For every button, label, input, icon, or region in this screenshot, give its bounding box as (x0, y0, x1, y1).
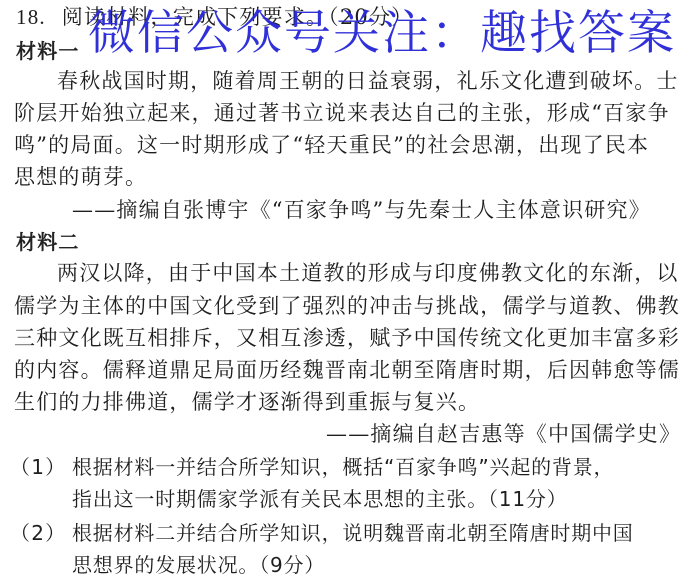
sub-question-line: 根据材料二并结合所学知识，说明魏晋南北朝至隋唐时期中国 (72, 520, 634, 546)
material-1-line: 思想的萌芽。 (14, 164, 147, 190)
sub-question-line: 根据材料一并结合所学知识，概括“百家争鸣”兴起的背景， (72, 454, 614, 480)
material-2-line: 的内容。儒释道鼎足局面历经魏晋南北朝至隋唐时期，后因韩愈等儒 (14, 357, 680, 383)
material-2-line: 三种文化既互相排斥，又相互渗透，赋予中国传统文化更加丰富多彩 (14, 325, 680, 351)
material-2-label: 材料二 (16, 229, 80, 255)
material-1-line: 阶层开始独立起来，通过著书立说来表达自己的主张，形成“百家争 (14, 100, 670, 126)
material-1-line: 春秋战国时期，随着周王朝的日益衰弱，礼乐文化遭到破坏。士 (57, 68, 679, 94)
material-2-source: ——摘编自赵吉惠等《中国儒学史》 (326, 421, 681, 447)
material-1-line: 鸣”的局面。这一时期形成了“轻天重民”的社会思潮，出现了民本 (14, 132, 649, 158)
material-2-line: 两汉以降，由于中国本土道教的形成与印度佛教文化的东渐，以 (57, 260, 679, 286)
sub-question-number: （1） (10, 454, 66, 480)
question-number: 18. (16, 5, 46, 29)
watermark-overlay: 微信公众号关注：趣找答案 (88, 6, 676, 62)
sub-question-line: 指出这一时期儒家学派有关民本思想的主张。（11分） (72, 486, 567, 512)
material-1-source: ——摘编自张博宇《“百家争鸣”与先秦士人主体意识研究》 (72, 197, 651, 223)
sub-question-line: 思想界的发展状况。（9分） (72, 552, 325, 578)
sub-question-number: （2） (10, 520, 66, 546)
material-2-line: 生们的力排佛道，儒学才逐渐得到重振与复兴。 (14, 389, 480, 415)
material-1-label: 材料一 (16, 38, 80, 64)
material-2-line: 儒学为主体的中国文化受到了强烈的冲击与挑战，儒学与道教、佛教 (14, 293, 680, 319)
